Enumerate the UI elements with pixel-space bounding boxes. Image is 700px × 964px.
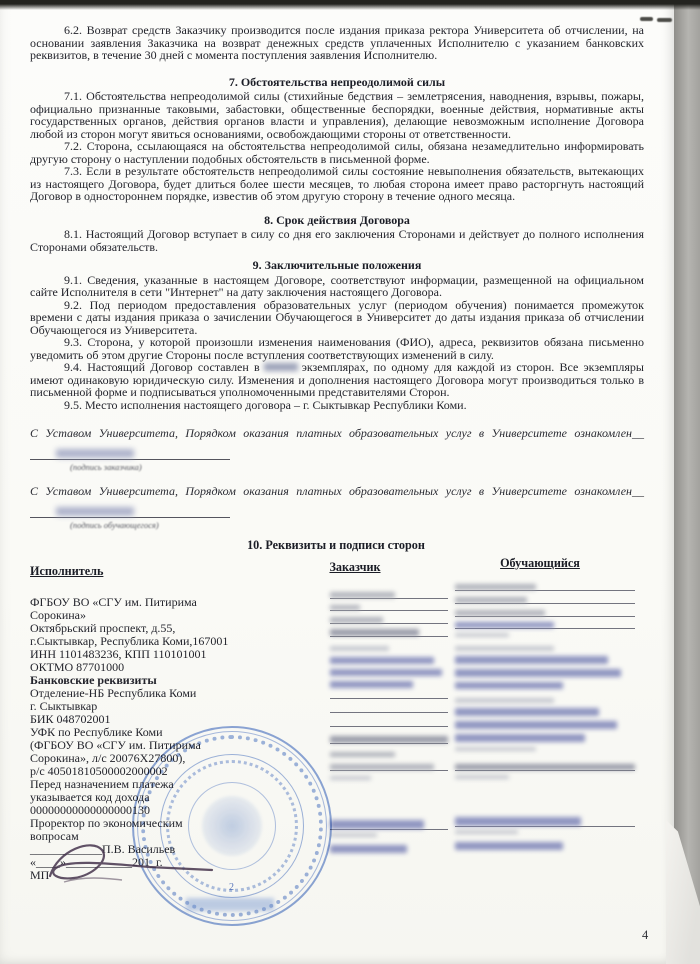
clause-9-4: 9.4. Настоящий Договор составлен вэкземп…: [30, 361, 644, 399]
redacted-form-row: [330, 710, 448, 713]
redacted-text-blur: [330, 617, 383, 623]
redacted-form-row: [455, 646, 635, 651]
redacted-form-row: [330, 646, 448, 651]
acknowledgement-line-customer: С Уставом Университета, Порядком оказани…: [30, 427, 644, 440]
redacted-form-row: [330, 657, 448, 664]
redacted-form-row: [330, 776, 448, 780]
redacted-text-blur: [330, 657, 434, 664]
redacted-form-row: [455, 734, 635, 742]
redacted-text-blur: [455, 597, 527, 603]
redacted-text-blur: [330, 776, 371, 780]
paper-sheet: 6.2. Возврат средств Заказчику производи…: [0, 0, 674, 964]
redacted-text-blur: [455, 775, 509, 779]
redacted-form-row: [455, 682, 635, 689]
redacted-text-blur: [455, 747, 536, 751]
redacted-form-row: [330, 696, 448, 699]
clause-9-3: 9.3. Сторона, у которой произошли измене…: [30, 336, 644, 361]
redacted-form-row: [330, 736, 448, 744]
redacted-text-blur: [455, 721, 617, 729]
clause-8-1: 8.1. Настоящий Договор вступает в силу с…: [30, 228, 644, 253]
redacted-form-row: [455, 584, 635, 591]
redacted-text-blur: [330, 669, 442, 676]
redacted-text-blur: [330, 833, 377, 837]
redacted-form-row: [455, 764, 635, 771]
redacted-text-blur: [330, 820, 424, 829]
redacted-form-row: [455, 698, 635, 703]
column-header-customer: Заказчик: [300, 560, 410, 575]
redacted-form-row: [330, 833, 448, 837]
redacted-text-blur: [330, 845, 407, 853]
handwritten-signature-stroke: [44, 836, 229, 888]
redacted-form-row: [330, 820, 448, 830]
redacted-form-row: [455, 721, 635, 729]
clause-7-1: 7.1. Обстоятельства непреодолимой силы (…: [30, 90, 644, 140]
redacted-text-blur: [455, 764, 635, 770]
redacted-student-signature: [56, 507, 134, 516]
contract-body-text: 6.2. Возврат средств Заказчику производи…: [30, 24, 644, 531]
customer-signature-caption: (подпись заказчика): [70, 461, 644, 474]
redacted-text-blur: [330, 629, 419, 636]
redacted-text-blur: [455, 633, 509, 637]
page-number: 4: [642, 928, 648, 943]
clause-9-5: 9.5. Место исполнения настоящего договор…: [30, 399, 644, 412]
redacted-text-blur: [330, 605, 360, 610]
redacted-form-row: [455, 622, 635, 629]
redacted-form-row: [330, 592, 448, 599]
redacted-form-row: [455, 830, 635, 834]
redacted-form-row: [455, 597, 635, 604]
redacted-text-blur: [330, 681, 413, 688]
redacted-form-row: [455, 817, 635, 827]
scanned-contract-page: { "colors":{"stamp_blue":"#2c5cbe","pape…: [0, 0, 700, 964]
clause-7-3: 7.3. Если в результате обстоятельств неп…: [30, 165, 644, 203]
redacted-text-blur: [330, 752, 395, 757]
staple-mark-right: [657, 18, 672, 22]
redacted-form-row: [455, 633, 635, 637]
acknowledgement-line-student: С Уставом Университета, Порядком оказани…: [30, 485, 644, 498]
column-header-student: Обучающийся: [480, 556, 600, 571]
section-10-heading: 10. Реквизиты и подписи сторон: [0, 538, 672, 553]
section-7-heading: 7. Обстоятельства непреодолимой силы: [30, 76, 644, 89]
redacted-text-blur: [455, 646, 554, 651]
redacted-form-row: [330, 669, 448, 676]
section-9-heading: 9. Заключительные положения: [30, 259, 644, 272]
stamp-digit: 2: [229, 882, 234, 893]
clause-9-2: 9.2. Под периодом предоставления образов…: [30, 299, 644, 337]
redacted-text-blur: [455, 669, 621, 677]
redacted-text-blur: [455, 682, 563, 689]
column-header-executor: Исполнитель: [30, 564, 103, 579]
redacted-form-row: [455, 775, 635, 779]
scan-top-edge-shadow: [0, 0, 700, 10]
customer-requisites-redacted: [330, 592, 448, 853]
redacted-form-row: [455, 669, 635, 677]
customer-signature-line: [30, 446, 230, 460]
redacted-text-blur: [455, 656, 608, 664]
university-round-stamp: 2: [132, 726, 332, 926]
redacted-text-blur: [330, 764, 434, 770]
redacted-form-row: [330, 681, 448, 688]
redacted-text-blur: [330, 646, 389, 651]
redacted-form-row: [455, 708, 635, 716]
scanner-background-strip: [674, 0, 700, 964]
redacted-text-blur: [330, 736, 448, 743]
redacted-form-row: [455, 656, 635, 664]
redacted-form-row: [330, 845, 448, 853]
redacted-text-blur: [455, 734, 585, 742]
redacted-form-row: [330, 617, 448, 624]
redacted-customer-signature: [56, 449, 134, 458]
redacted-form-row: [330, 605, 448, 611]
clause-7-2: 7.2. Сторона, ссылающаяся на обстоятельс…: [30, 140, 644, 165]
redacted-form-row: [455, 747, 635, 751]
redacted-text-blur: [455, 708, 599, 716]
redacted-form-row: [455, 842, 635, 850]
redacted-text-blur: [455, 610, 545, 616]
redacted-form-row: [330, 629, 448, 637]
redacted-text-blur: [455, 817, 581, 826]
redacted-form-row: [330, 724, 448, 727]
executor-address-lines: ФГБОУ ВО «СГУ им. ПитиримаСорокина»Октяб…: [30, 596, 302, 674]
redacted-form-row: [330, 764, 448, 771]
clause-6-2: 6.2. Возврат средств Заказчику производи…: [30, 24, 644, 62]
section-8-heading: 8. Срок действия Договора: [30, 214, 644, 227]
redacted-form-row: [330, 752, 448, 757]
redacted-text-blur: [455, 622, 554, 628]
student-requisites-redacted: [455, 584, 635, 850]
clause-9-1: 9.1. Сведения, указанные в настоящем Дог…: [30, 274, 644, 299]
student-signature-caption: (подпись обучающегося): [70, 519, 644, 532]
redacted-text-blur: [455, 698, 554, 703]
redacted-text-blur: [455, 830, 518, 834]
student-signature-line: [30, 504, 230, 518]
stamp-ink-smudge: [186, 898, 274, 911]
redacted-text-blur: [455, 842, 563, 850]
redacted-copies-count: [264, 363, 298, 371]
redacted-form-row: [455, 610, 635, 617]
redacted-text-blur: [330, 592, 395, 598]
staple-mark-left: [640, 17, 653, 21]
redacted-text-blur: [455, 584, 536, 590]
